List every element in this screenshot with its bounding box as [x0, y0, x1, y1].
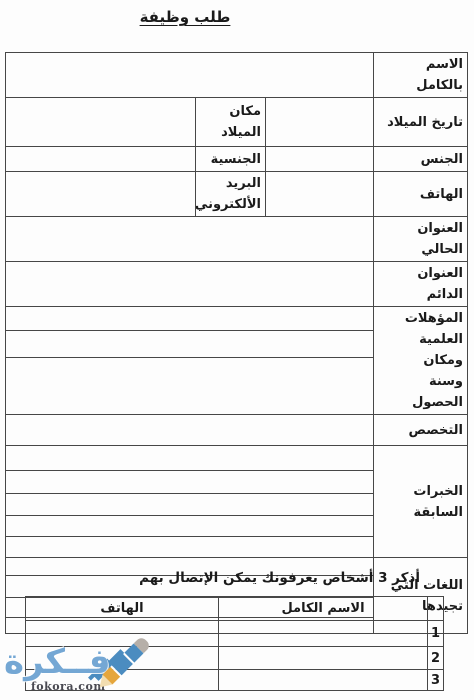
full-name-input[interactable]	[6, 53, 374, 98]
ref-row-3-number: 3	[428, 670, 444, 691]
ref-row-3-name-input[interactable]	[219, 670, 428, 691]
experience-line-3[interactable]	[6, 494, 374, 516]
email-input[interactable]	[6, 172, 196, 217]
birth-date-input[interactable]	[266, 98, 374, 147]
nationality-input[interactable]	[6, 147, 196, 172]
watermark-brand-text: فــكرة	[4, 642, 111, 682]
phone-input[interactable]	[266, 172, 374, 217]
qualifications-line-3[interactable]	[6, 357, 374, 414]
birth-place-label: مكان الميلاد	[196, 98, 266, 147]
permanent-address-label: العنوان الدائم	[374, 262, 468, 307]
experience-line-2[interactable]	[6, 471, 374, 494]
birth-place-input[interactable]	[6, 98, 196, 147]
job-application-document: { "page": { "title": "طلب وظيفة" }, "for…	[0, 0, 474, 700]
ref-row-1-name-input[interactable]	[219, 621, 428, 647]
birth-date-label: تاريخ الميلاد	[374, 98, 468, 147]
permanent-address-input[interactable]	[6, 262, 374, 307]
ref-name-column-header: الاسم الكامل	[219, 597, 428, 621]
email-label: البريد الألكتروني	[196, 172, 266, 217]
current-address-input[interactable]	[6, 217, 374, 262]
ref-row-2-name-input[interactable]	[219, 647, 428, 670]
experience-label: الخبرات السابقة	[374, 446, 468, 558]
ref-number-header	[428, 597, 444, 621]
current-address-label: العنوان الحالي	[374, 217, 468, 262]
gender-label: الجنس	[374, 147, 468, 172]
application-form-table: الاسم بالكامل تاريخ الميلاد مكان الميلاد…	[5, 52, 468, 634]
page-title: طلب وظيفة	[0, 8, 370, 26]
experience-line-1[interactable]	[6, 446, 374, 471]
ref-phone-column-header: الهاتف	[26, 597, 219, 621]
phone-label: الهاتف	[374, 172, 468, 217]
experience-line-4[interactable]	[6, 516, 374, 537]
qualifications-line-2[interactable]	[6, 331, 374, 358]
gender-input[interactable]	[266, 147, 374, 172]
experience-line-5[interactable]	[6, 537, 374, 558]
ref-row-2-number: 2	[428, 647, 444, 670]
qualifications-line-1[interactable]	[6, 307, 374, 331]
qualifications-label: المؤهلات العلمية ومكان وسنة الحصول	[374, 307, 468, 415]
references-heading: أذكر 3 أشخاص يعرفونك يمكن الإتصال بهم	[139, 570, 420, 586]
specialization-label: التخصص	[374, 415, 468, 446]
specialization-input[interactable]	[6, 415, 374, 446]
nationality-label: الجنسية	[196, 147, 266, 172]
ref-row-1-number: 1	[428, 621, 444, 647]
full-name-label: الاسم بالكامل	[374, 53, 468, 98]
